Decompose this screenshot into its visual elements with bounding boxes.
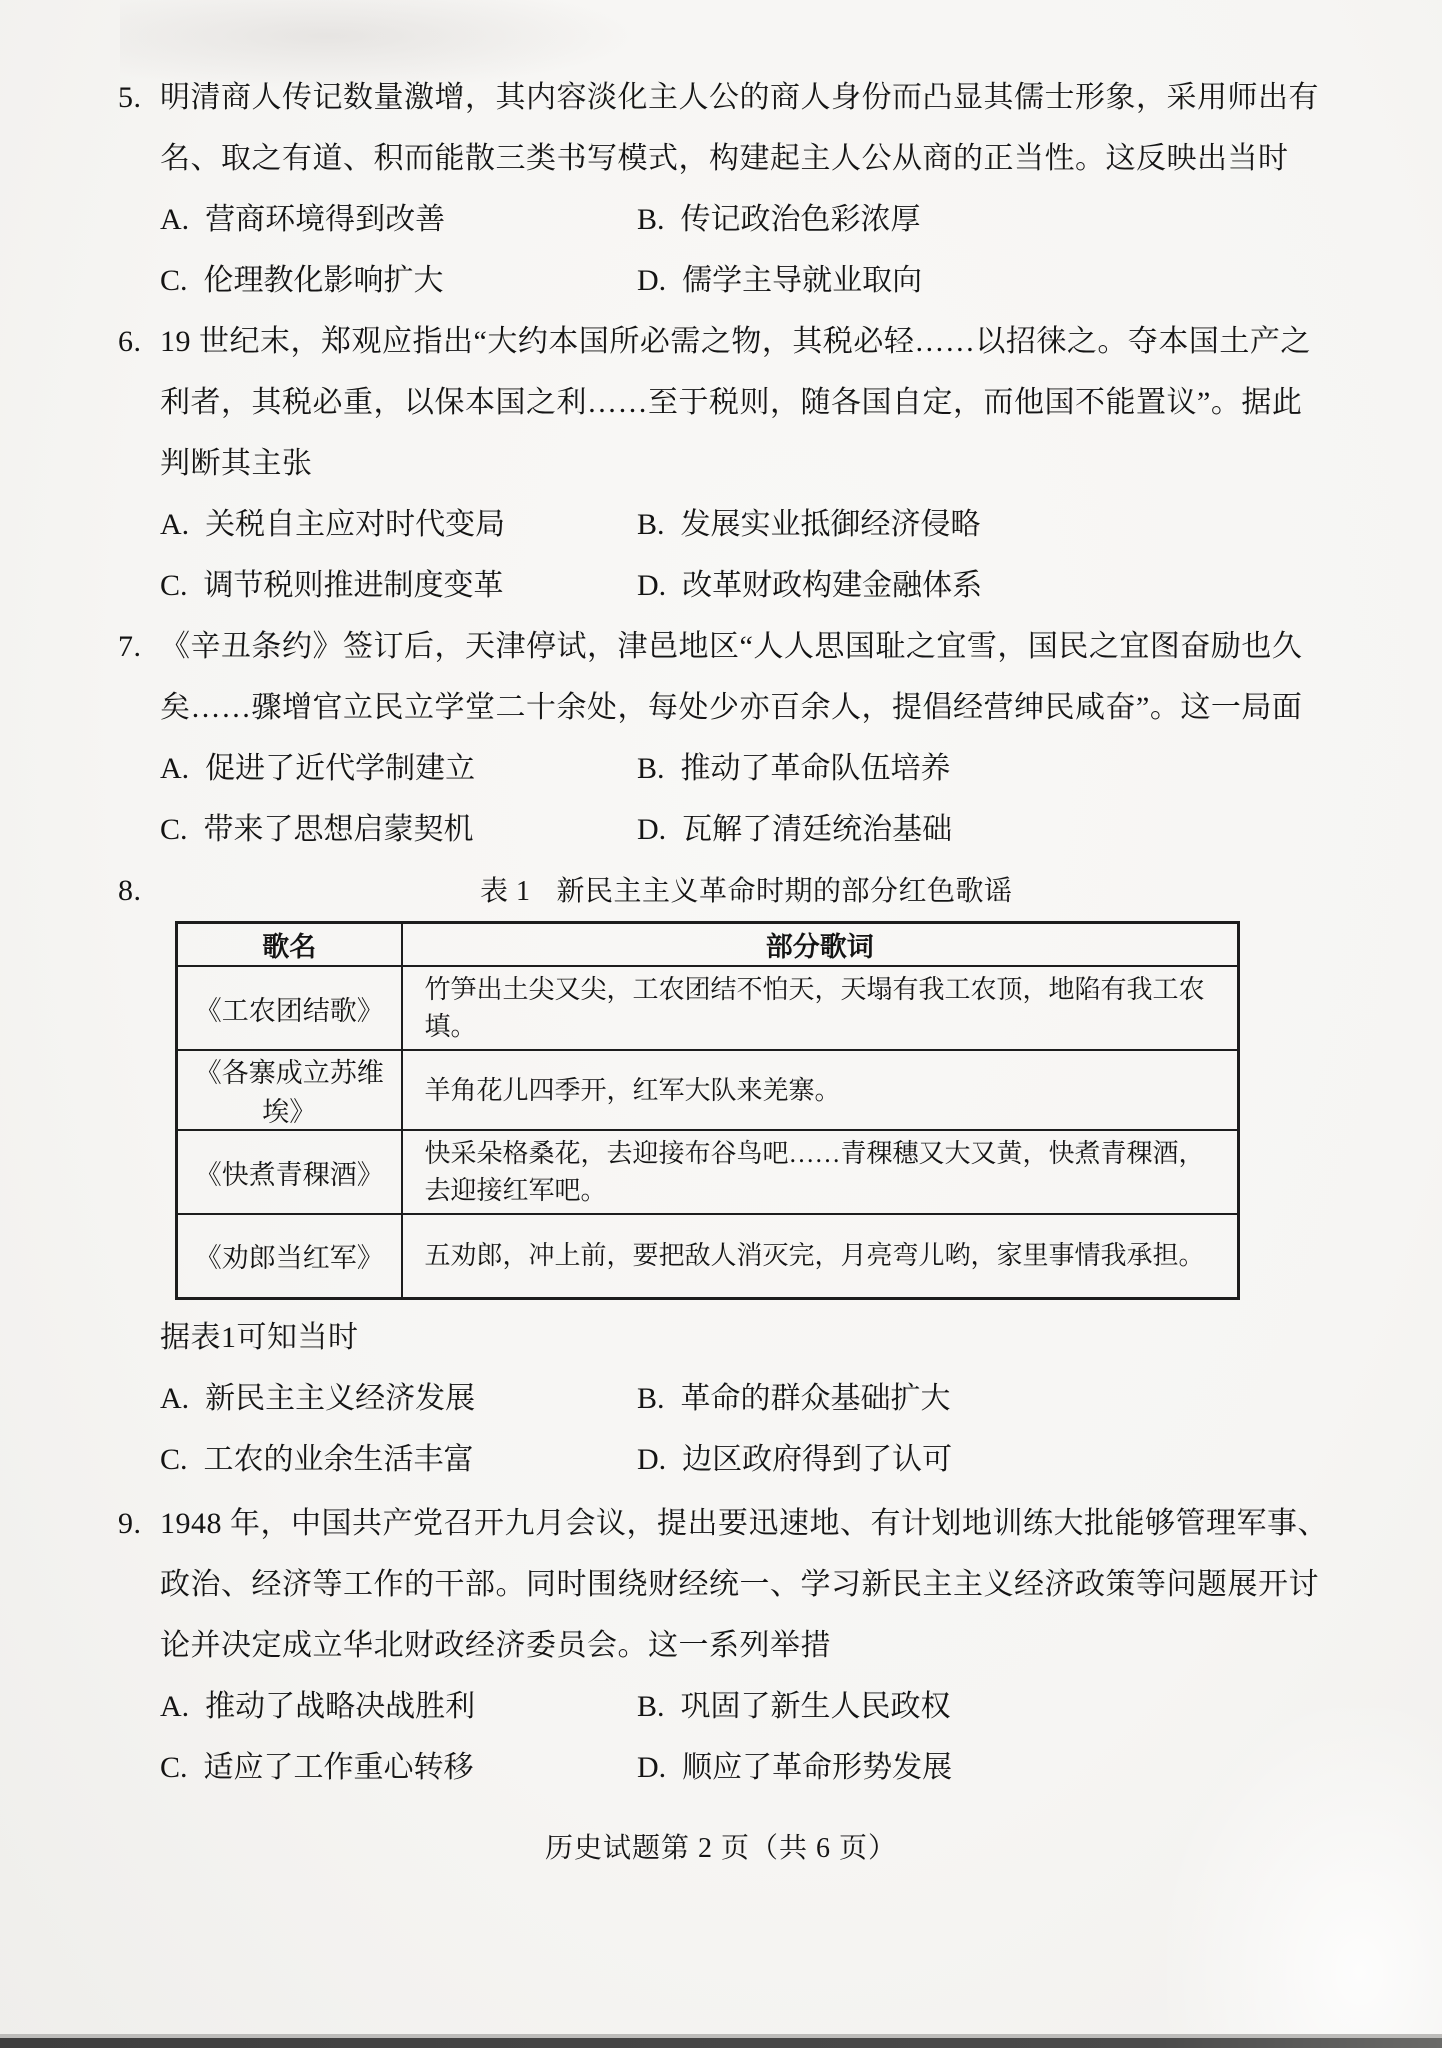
option-row: A.促进了近代学制建立 B.推动了革命队伍培养 [0, 738, 1442, 799]
question-line: 9. 1948 年，中国共产党召开九月会议，提出要迅速地、有计划地训练大批能够管… [0, 1493, 1442, 1554]
option-text: 适应了工作重心转移 [204, 1751, 474, 1784]
option-text: 传记政治色彩浓厚 [681, 203, 921, 236]
option-row: A.营商环境得到改善 B.传记政治色彩浓厚 [0, 189, 1442, 250]
option-d: D.顺应了革命形势发展 [637, 1737, 952, 1798]
option-text: 新民主主义经济发展 [205, 1382, 475, 1415]
option-label: D. [637, 813, 666, 846]
table-caption-line: 8. 表 1新民主主义革命时期的部分红色歌谣 [0, 860, 1442, 921]
option-text: 巩固了新生人民政权 [681, 1690, 951, 1723]
option-a: A.营商环境得到改善 [160, 189, 445, 250]
option-row: C.调节税则推进制度变革 D.改革财政构建金融体系 [0, 555, 1442, 616]
option-text: 促进了近代学制建立 [205, 752, 475, 785]
red-songs-table: 歌名 部分歌词 《工农团结歌》 竹笋出土尖又尖，工农团结不怕天，天塌有我工农顶，… [175, 921, 1240, 1300]
page-edge-shadow [0, 2038, 1442, 2048]
option-b: B.发展实业抵御经济侵略 [637, 494, 981, 555]
option-text: 改革财政构建金融体系 [682, 569, 982, 602]
song-name-cell: 《各寨成立苏维埃》 [177, 1050, 402, 1130]
option-row: C.适应了工作重心转移 D.顺应了革命形势发展 [0, 1737, 1442, 1798]
option-label: D. [637, 264, 666, 297]
option-a: A.促进了近代学制建立 [160, 738, 475, 799]
option-label: D. [637, 1443, 666, 1476]
question-line: 6. 19 世纪末，郑观应指出“大约本国所必需之物，其税必轻……以招徕之。夺本国… [0, 311, 1442, 372]
option-label: C. [160, 1751, 188, 1784]
option-text: 瓦解了清廷统治基础 [682, 813, 952, 846]
option-label: A. [160, 508, 189, 541]
question-text: 矣……骤增官立民立学堂二十余处，每处少亦百余人，提倡经营绅民咸奋”。这一局面 [160, 691, 1302, 724]
table-caption: 表 1新民主主义革命时期的部分红色歌谣 [480, 876, 1013, 907]
option-text: 推动了革命队伍培养 [681, 752, 951, 785]
option-c: C.伦理教化影响扩大 [160, 250, 444, 311]
option-row: A.推动了战略决战胜利 B.巩固了新生人民政权 [0, 1676, 1442, 1737]
option-text: 革命的群众基础扩大 [681, 1382, 951, 1415]
option-row: C.工农的业余生活丰富 D.边区政府得到了认可 [0, 1429, 1442, 1490]
question-text: 利者，其税必重，以保本国之利……至于税则，随各国自定，而他国不能置议”。据此 [160, 386, 1302, 419]
option-label: A. [160, 1690, 189, 1723]
option-d: D.瓦解了清廷统治基础 [637, 799, 952, 860]
question-text: 《辛丑条约》签订后，天津停试，津邑地区“人人思国耻之宜雪，国民之宜图奋励也久 [160, 630, 1302, 663]
option-row: A.新民主主义经济发展 B.革命的群众基础扩大 [0, 1368, 1442, 1429]
question-line: 判断其主张 [0, 433, 1442, 494]
option-text: 工农的业余生活丰富 [204, 1443, 474, 1476]
option-text: 伦理教化影响扩大 [204, 264, 444, 297]
option-c: C.适应了工作重心转移 [160, 1737, 474, 1798]
option-text: 营商环境得到改善 [205, 203, 445, 236]
option-b: B.巩固了新生人民政权 [637, 1676, 951, 1737]
option-a: A.新民主主义经济发展 [160, 1368, 475, 1429]
question-line: 5. 明清商人传记数量激增，其内容淡化主人公的商人身份而凸显其儒士形象，采用师出… [0, 67, 1442, 128]
table-row: 《工农团结歌》 竹笋出土尖又尖，工农团结不怕天，天塌有我工农顶，地陷有我工农填。 [177, 966, 1239, 1050]
option-text: 推动了战略决战胜利 [205, 1690, 475, 1723]
question-text: 政治、经济等工作的干部。同时围绕财经统一、学习新民主主义经济政策等问题展开讨 [160, 1568, 1319, 1601]
option-label: A. [160, 752, 189, 785]
question-text: 名、取之有道、积而能散三类书写模式，构建起主人公从商的正当性。这反映出当时 [160, 142, 1289, 175]
option-label: C. [160, 813, 188, 846]
table-header-row: 歌名 部分歌词 [177, 923, 1239, 967]
table-caption-label: 表 1 [480, 876, 531, 907]
table-caption-title: 新民主主义革命时期的部分红色歌谣 [557, 876, 1013, 907]
question-stem: 据表1可知当时 [0, 1307, 1442, 1368]
question-line: 利者，其税必重，以保本国之利……至于税则，随各国自定，而他国不能置议”。据此 [0, 372, 1442, 433]
option-row: C.带来了思想启蒙契机 D.瓦解了清廷统治基础 [0, 799, 1442, 860]
question-text: 论并决定成立华北财政经济委员会。这一系列举措 [160, 1629, 831, 1662]
option-text: 顺应了革命形势发展 [682, 1751, 952, 1784]
option-row: C.伦理教化影响扩大 D.儒学主导就业取向 [0, 250, 1442, 311]
option-row: A.关税自主应对时代变局 B.发展实业抵御经济侵略 [0, 494, 1442, 555]
option-b: B.推动了革命队伍培养 [637, 738, 951, 799]
table-header-lyrics: 部分歌词 [402, 923, 1239, 967]
option-text: 发展实业抵御经济侵略 [681, 508, 981, 541]
option-text: 调节税则推进制度变革 [204, 569, 504, 602]
option-label: D. [637, 1751, 666, 1784]
option-label: C. [160, 264, 188, 297]
lyrics-cell: 竹笋出土尖又尖，工农团结不怕天，天塌有我工农顶，地陷有我工农填。 [402, 966, 1239, 1050]
option-label: B. [637, 508, 665, 541]
question-line: 7. 《辛丑条约》签订后，天津停试，津邑地区“人人思国耻之宜雪，国民之宜图奋励也… [0, 616, 1442, 677]
option-text: 边区政府得到了认可 [682, 1443, 952, 1476]
question-9: 9. 1948 年，中国共产党召开九月会议，提出要迅速地、有计划地训练大批能够管… [0, 1493, 1442, 1798]
option-text: 儒学主导就业取向 [682, 264, 922, 297]
option-d: D.边区政府得到了认可 [637, 1429, 952, 1490]
option-label: D. [637, 569, 666, 602]
question-6: 6. 19 世纪末，郑观应指出“大约本国所必需之物，其税必轻……以招徕之。夺本国… [0, 311, 1442, 616]
question-line: 论并决定成立华北财政经济委员会。这一系列举措 [0, 1615, 1442, 1676]
question-text: 1948 年，中国共产党召开九月会议，提出要迅速地、有计划地训练大批能够管理军事… [160, 1507, 1328, 1540]
page-number: 历史试题第 2 页（共 6 页） [0, 1818, 1442, 1879]
question-number: 5. [118, 67, 142, 128]
question-line: 矣……骤增官立民立学堂二十余处，每处少亦百余人，提倡经营绅民咸奋”。这一局面 [0, 677, 1442, 738]
question-number: 7. [118, 616, 142, 677]
option-d: D.改革财政构建金融体系 [637, 555, 982, 616]
option-label: C. [160, 1443, 188, 1476]
song-name-cell: 《工农团结歌》 [177, 966, 402, 1050]
table-row: 《劝郎当红军》 五劝郎，冲上前，要把敌人消灭完，月亮弯儿哟，家里事情我承担。 [177, 1214, 1239, 1298]
question-8: 8. 表 1新民主主义革命时期的部分红色歌谣 歌名 部分歌词 《工农团结歌》 竹… [0, 860, 1442, 1490]
question-text: 判断其主张 [160, 447, 313, 480]
lyrics-cell: 羊角花儿四季开，红军大队来羌寨。 [402, 1050, 1239, 1130]
question-text: 明清商人传记数量激增，其内容淡化主人公的商人身份而凸显其儒士形象，采用师出有 [160, 81, 1319, 114]
question-line: 名、取之有道、积而能散三类书写模式，构建起主人公从商的正当性。这反映出当时 [0, 128, 1442, 189]
option-d: D.儒学主导就业取向 [637, 250, 922, 311]
question-5: 5. 明清商人传记数量激增，其内容淡化主人公的商人身份而凸显其儒士形象，采用师出… [0, 67, 1442, 311]
option-c: C.带来了思想启蒙契机 [160, 799, 474, 860]
table-row: 《各寨成立苏维埃》 羊角花儿四季开，红军大队来羌寨。 [177, 1050, 1239, 1130]
option-label: B. [637, 752, 665, 785]
option-b: B.革命的群众基础扩大 [637, 1368, 951, 1429]
table-row: 《快煮青稞酒》 快采朵格桑花，去迎接布谷鸟吧……青稞穗又大又黄，快煮青稞酒，去迎… [177, 1130, 1239, 1214]
song-name-cell: 《快煮青稞酒》 [177, 1130, 402, 1214]
option-label: A. [160, 1382, 189, 1415]
option-c: C.工农的业余生活丰富 [160, 1429, 474, 1490]
option-a: A.关税自主应对时代变局 [160, 494, 505, 555]
option-text: 关税自主应对时代变局 [205, 508, 505, 541]
option-label: B. [637, 1382, 665, 1415]
lyrics-cell: 快采朵格桑花，去迎接布谷鸟吧……青稞穗又大又黄，快煮青稞酒，去迎接红军吧。 [402, 1130, 1239, 1214]
song-name-cell: 《劝郎当红军》 [177, 1214, 402, 1298]
question-number: 6. [118, 311, 142, 372]
option-label: A. [160, 203, 189, 236]
question-line: 政治、经济等工作的干部。同时围绕财经统一、学习新民主主义经济政策等问题展开讨 [0, 1554, 1442, 1615]
lyrics-cell: 五劝郎，冲上前，要把敌人消灭完，月亮弯儿哟，家里事情我承担。 [402, 1214, 1239, 1298]
option-label: B. [637, 1690, 665, 1723]
option-label: C. [160, 569, 188, 602]
option-c: C.调节税则推进制度变革 [160, 555, 504, 616]
question-7: 7. 《辛丑条约》签订后，天津停试，津邑地区“人人思国耻之宜雪，国民之宜图奋励也… [0, 616, 1442, 860]
option-a: A.推动了战略决战胜利 [160, 1676, 475, 1737]
question-text: 据表1可知当时 [160, 1321, 359, 1354]
question-number: 8. [118, 860, 142, 921]
option-text: 带来了思想启蒙契机 [204, 813, 474, 846]
table-header-song: 歌名 [177, 923, 402, 967]
question-text: 19 世纪末，郑观应指出“大约本国所必需之物，其税必轻……以招徕之。夺本国土产之 [160, 325, 1311, 358]
question-number: 9. [118, 1493, 142, 1554]
option-label: B. [637, 203, 665, 236]
exam-page: 5. 明清商人传记数量激增，其内容淡化主人公的商人身份而凸显其儒士形象，采用师出… [0, 0, 1442, 2048]
option-b: B.传记政治色彩浓厚 [637, 189, 921, 250]
